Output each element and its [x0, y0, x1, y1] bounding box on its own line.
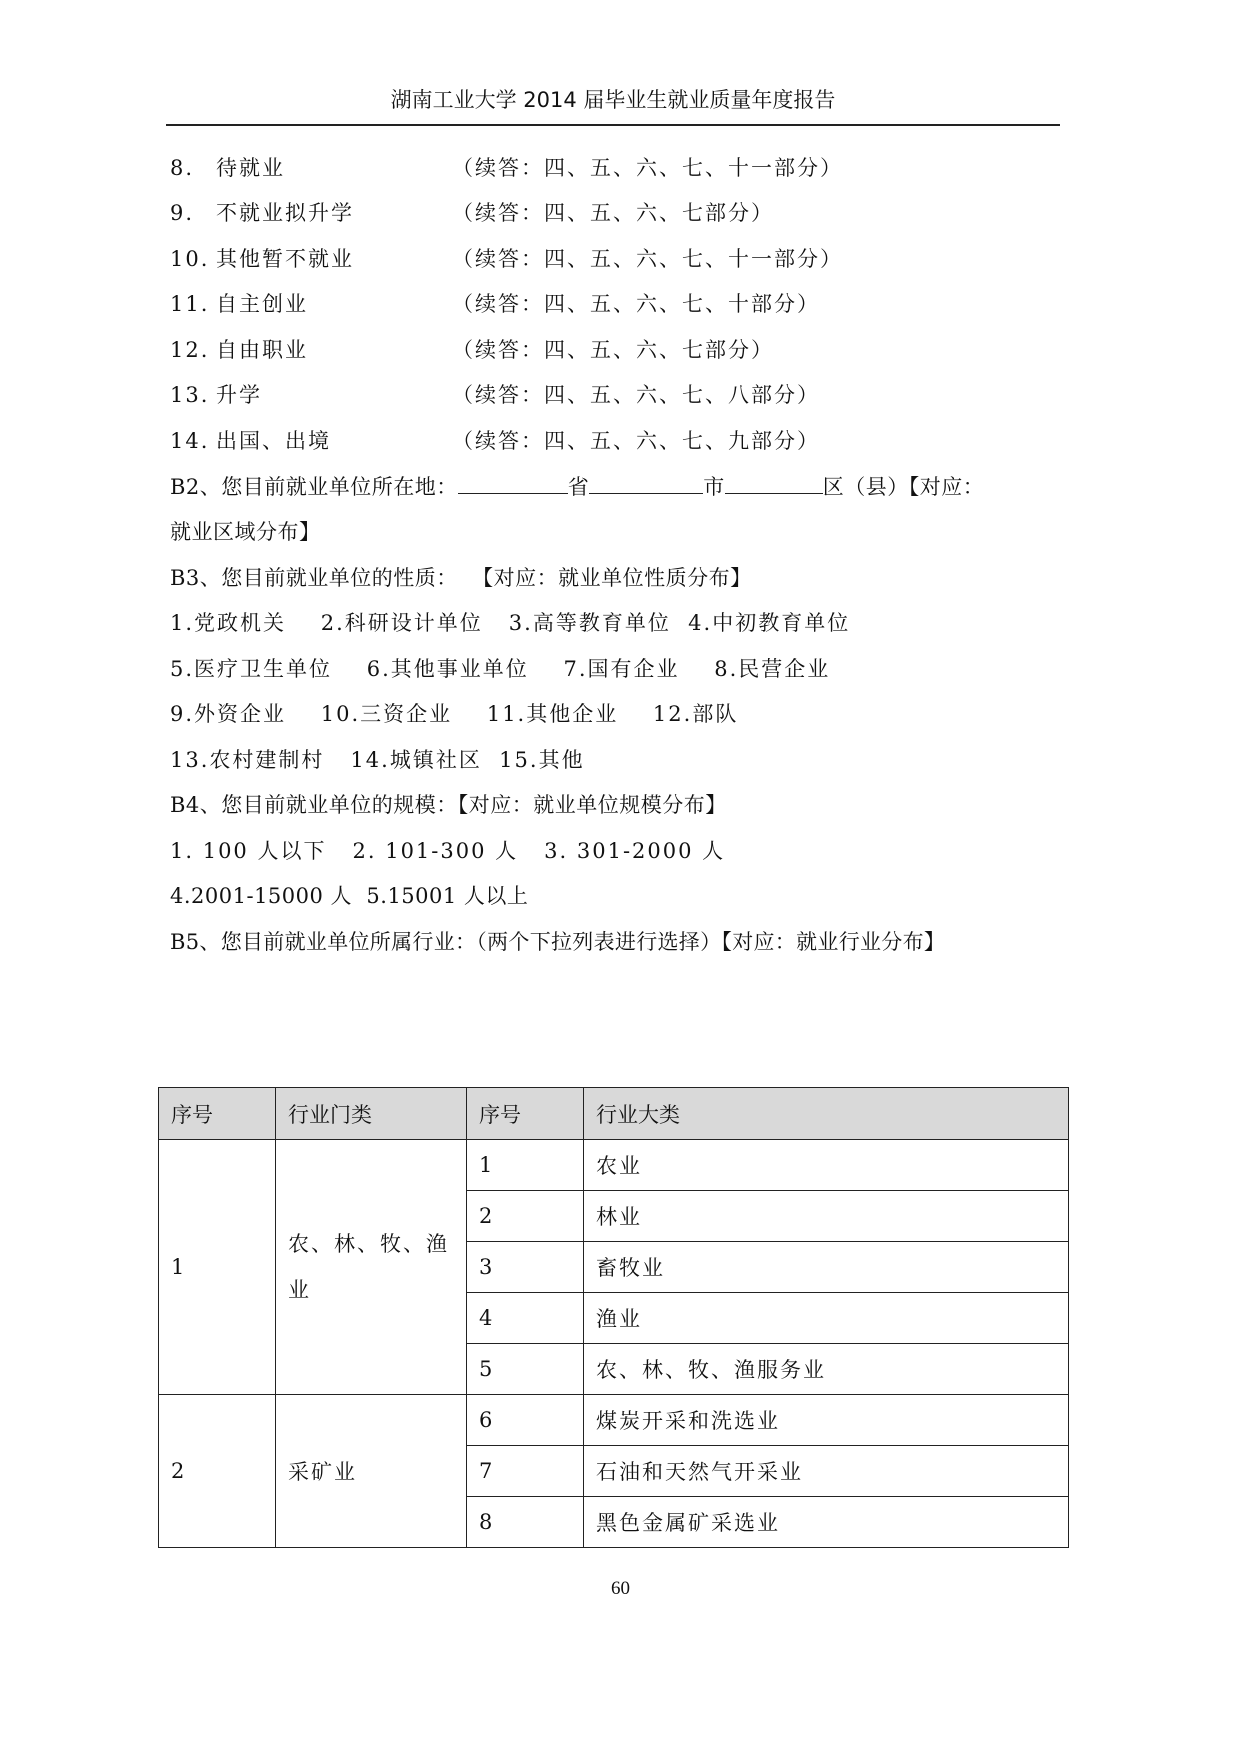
question-b2-prefix: B2、您目前就业单位所在地：	[170, 475, 458, 499]
item-name: 畜牧业	[584, 1242, 1069, 1293]
option-label: 出国、出境	[216, 427, 452, 455]
status-option: 10.其他暂不就业（续答：四、五、六、七、十一部分）	[170, 245, 843, 273]
question-b3: B3、您目前就业单位的性质： 【对应：就业单位性质分布】	[170, 564, 752, 592]
option-label: 其他暂不就业	[216, 245, 452, 273]
option-number: 13.	[170, 381, 216, 409]
item-number: 4	[467, 1293, 584, 1344]
group-number: 1	[159, 1140, 276, 1395]
city-blank[interactable]	[589, 473, 703, 494]
option-note: （续答：四、五、六、七部分）	[452, 201, 774, 225]
item-name: 石油和天然气开采业	[584, 1446, 1069, 1497]
status-option: 14.出国、出境（续答：四、五、六、七、九部分）	[170, 427, 820, 455]
option-note: （续答：四、五、六、七部分）	[452, 338, 774, 362]
item-name: 农、林、牧、渔服务业	[584, 1344, 1069, 1395]
option-note: （续答：四、五、六、七、十一部分）	[452, 156, 843, 180]
b4-options-row: 1. 100 人以下 2. 101-300 人 3. 301-2000 人	[170, 837, 725, 865]
b4-options-row: 4.2001-15000 人 5.15001 人以上	[170, 882, 528, 910]
b3-options-row: 9.外资企业 10.三资企业 11.其他企业 12.部队	[170, 700, 738, 728]
industry-table: 序号 行业门类 序号 行业大类 1 农、林、牧、渔业 1 农业 2 林业 3 畜…	[158, 1087, 1069, 1548]
group-category: 采矿业	[276, 1395, 467, 1548]
item-name: 煤炭开采和洗选业	[584, 1395, 1069, 1446]
question-b2: B2、您目前就业单位所在地：省市区（县）【对应：	[170, 473, 984, 501]
b3-options-row: 13.农村建制村 14.城镇社区 15.其他	[170, 746, 585, 774]
b3-options-row: 1.党政机关 2.科研设计单位 3.高等教育单位 4.中初教育单位	[170, 609, 850, 637]
option-note: （续答：四、五、六、七、十一部分）	[452, 247, 843, 271]
option-number: 10.	[170, 245, 216, 273]
item-number: 5	[467, 1344, 584, 1395]
option-note: （续答：四、五、六、七、九部分）	[452, 429, 820, 453]
header-rule	[166, 124, 1060, 126]
option-note: （续答：四、五、六、七、八部分）	[452, 383, 820, 407]
status-option: 9.不就业拟升学（续答：四、五、六、七部分）	[170, 199, 774, 227]
status-option: 8.待就业（续答：四、五、六、七、十一部分）	[170, 154, 843, 182]
item-name: 黑色金属矿采选业	[584, 1497, 1069, 1548]
option-number: 14.	[170, 427, 216, 455]
option-label: 待就业	[216, 154, 452, 182]
group-category: 农、林、牧、渔业	[276, 1140, 467, 1395]
header-item-no: 序号	[467, 1088, 584, 1140]
table-row: 1 农、林、牧、渔业 1 农业	[159, 1140, 1069, 1191]
option-label: 自主创业	[216, 290, 452, 318]
item-name: 林业	[584, 1191, 1069, 1242]
question-b5: B5、您目前就业单位所属行业：（两个下拉列表进行选择）【对应：就业行业分布】	[170, 928, 945, 956]
option-label: 自由职业	[216, 336, 452, 364]
option-number: 8.	[170, 154, 216, 182]
item-number: 8	[467, 1497, 584, 1548]
status-option: 12.自由职业（续答：四、五、六、七部分）	[170, 336, 774, 364]
option-note: （续答：四、五、六、七、十部分）	[452, 292, 820, 316]
table-header-row: 序号 行业门类 序号 行业大类	[159, 1088, 1069, 1140]
status-option: 11.自主创业（续答：四、五、六、七、十部分）	[170, 290, 820, 318]
group-number: 2	[159, 1395, 276, 1548]
option-number: 9.	[170, 199, 216, 227]
header-category: 行业门类	[276, 1088, 467, 1140]
district-label: 区（县）【对应：	[823, 475, 985, 499]
option-label: 不就业拟升学	[216, 199, 452, 227]
status-option: 13.升学（续答：四、五、六、七、八部分）	[170, 381, 820, 409]
item-number: 2	[467, 1191, 584, 1242]
item-number: 3	[467, 1242, 584, 1293]
city-label: 市	[703, 475, 725, 499]
table-row: 2 采矿业 6 煤炭开采和洗选业	[159, 1395, 1069, 1446]
option-number: 12.	[170, 336, 216, 364]
option-number: 11.	[170, 290, 216, 318]
item-number: 6	[467, 1395, 584, 1446]
page-number: 60	[0, 1578, 1241, 1600]
province-label: 省	[568, 475, 590, 499]
b3-options-row: 5.医疗卫生单位 6.其他事业单位 7.国有企业 8.民营企业	[170, 655, 830, 683]
option-label: 升学	[216, 381, 452, 409]
question-b4: B4、您目前就业单位的规模：【对应：就业单位规模分布】	[170, 791, 727, 819]
item-name: 渔业	[584, 1293, 1069, 1344]
header-subcategory: 行业大类	[584, 1088, 1069, 1140]
item-number: 7	[467, 1446, 584, 1497]
header-group-no: 序号	[159, 1088, 276, 1140]
page-header-title: 湖南工业大学 2014 届毕业生就业质量年度报告	[168, 84, 1058, 114]
item-name: 农业	[584, 1140, 1069, 1191]
question-b2-continued: 就业区域分布】	[170, 518, 321, 546]
item-number: 1	[467, 1140, 584, 1191]
province-blank[interactable]	[458, 473, 568, 494]
district-blank[interactable]	[725, 473, 823, 494]
